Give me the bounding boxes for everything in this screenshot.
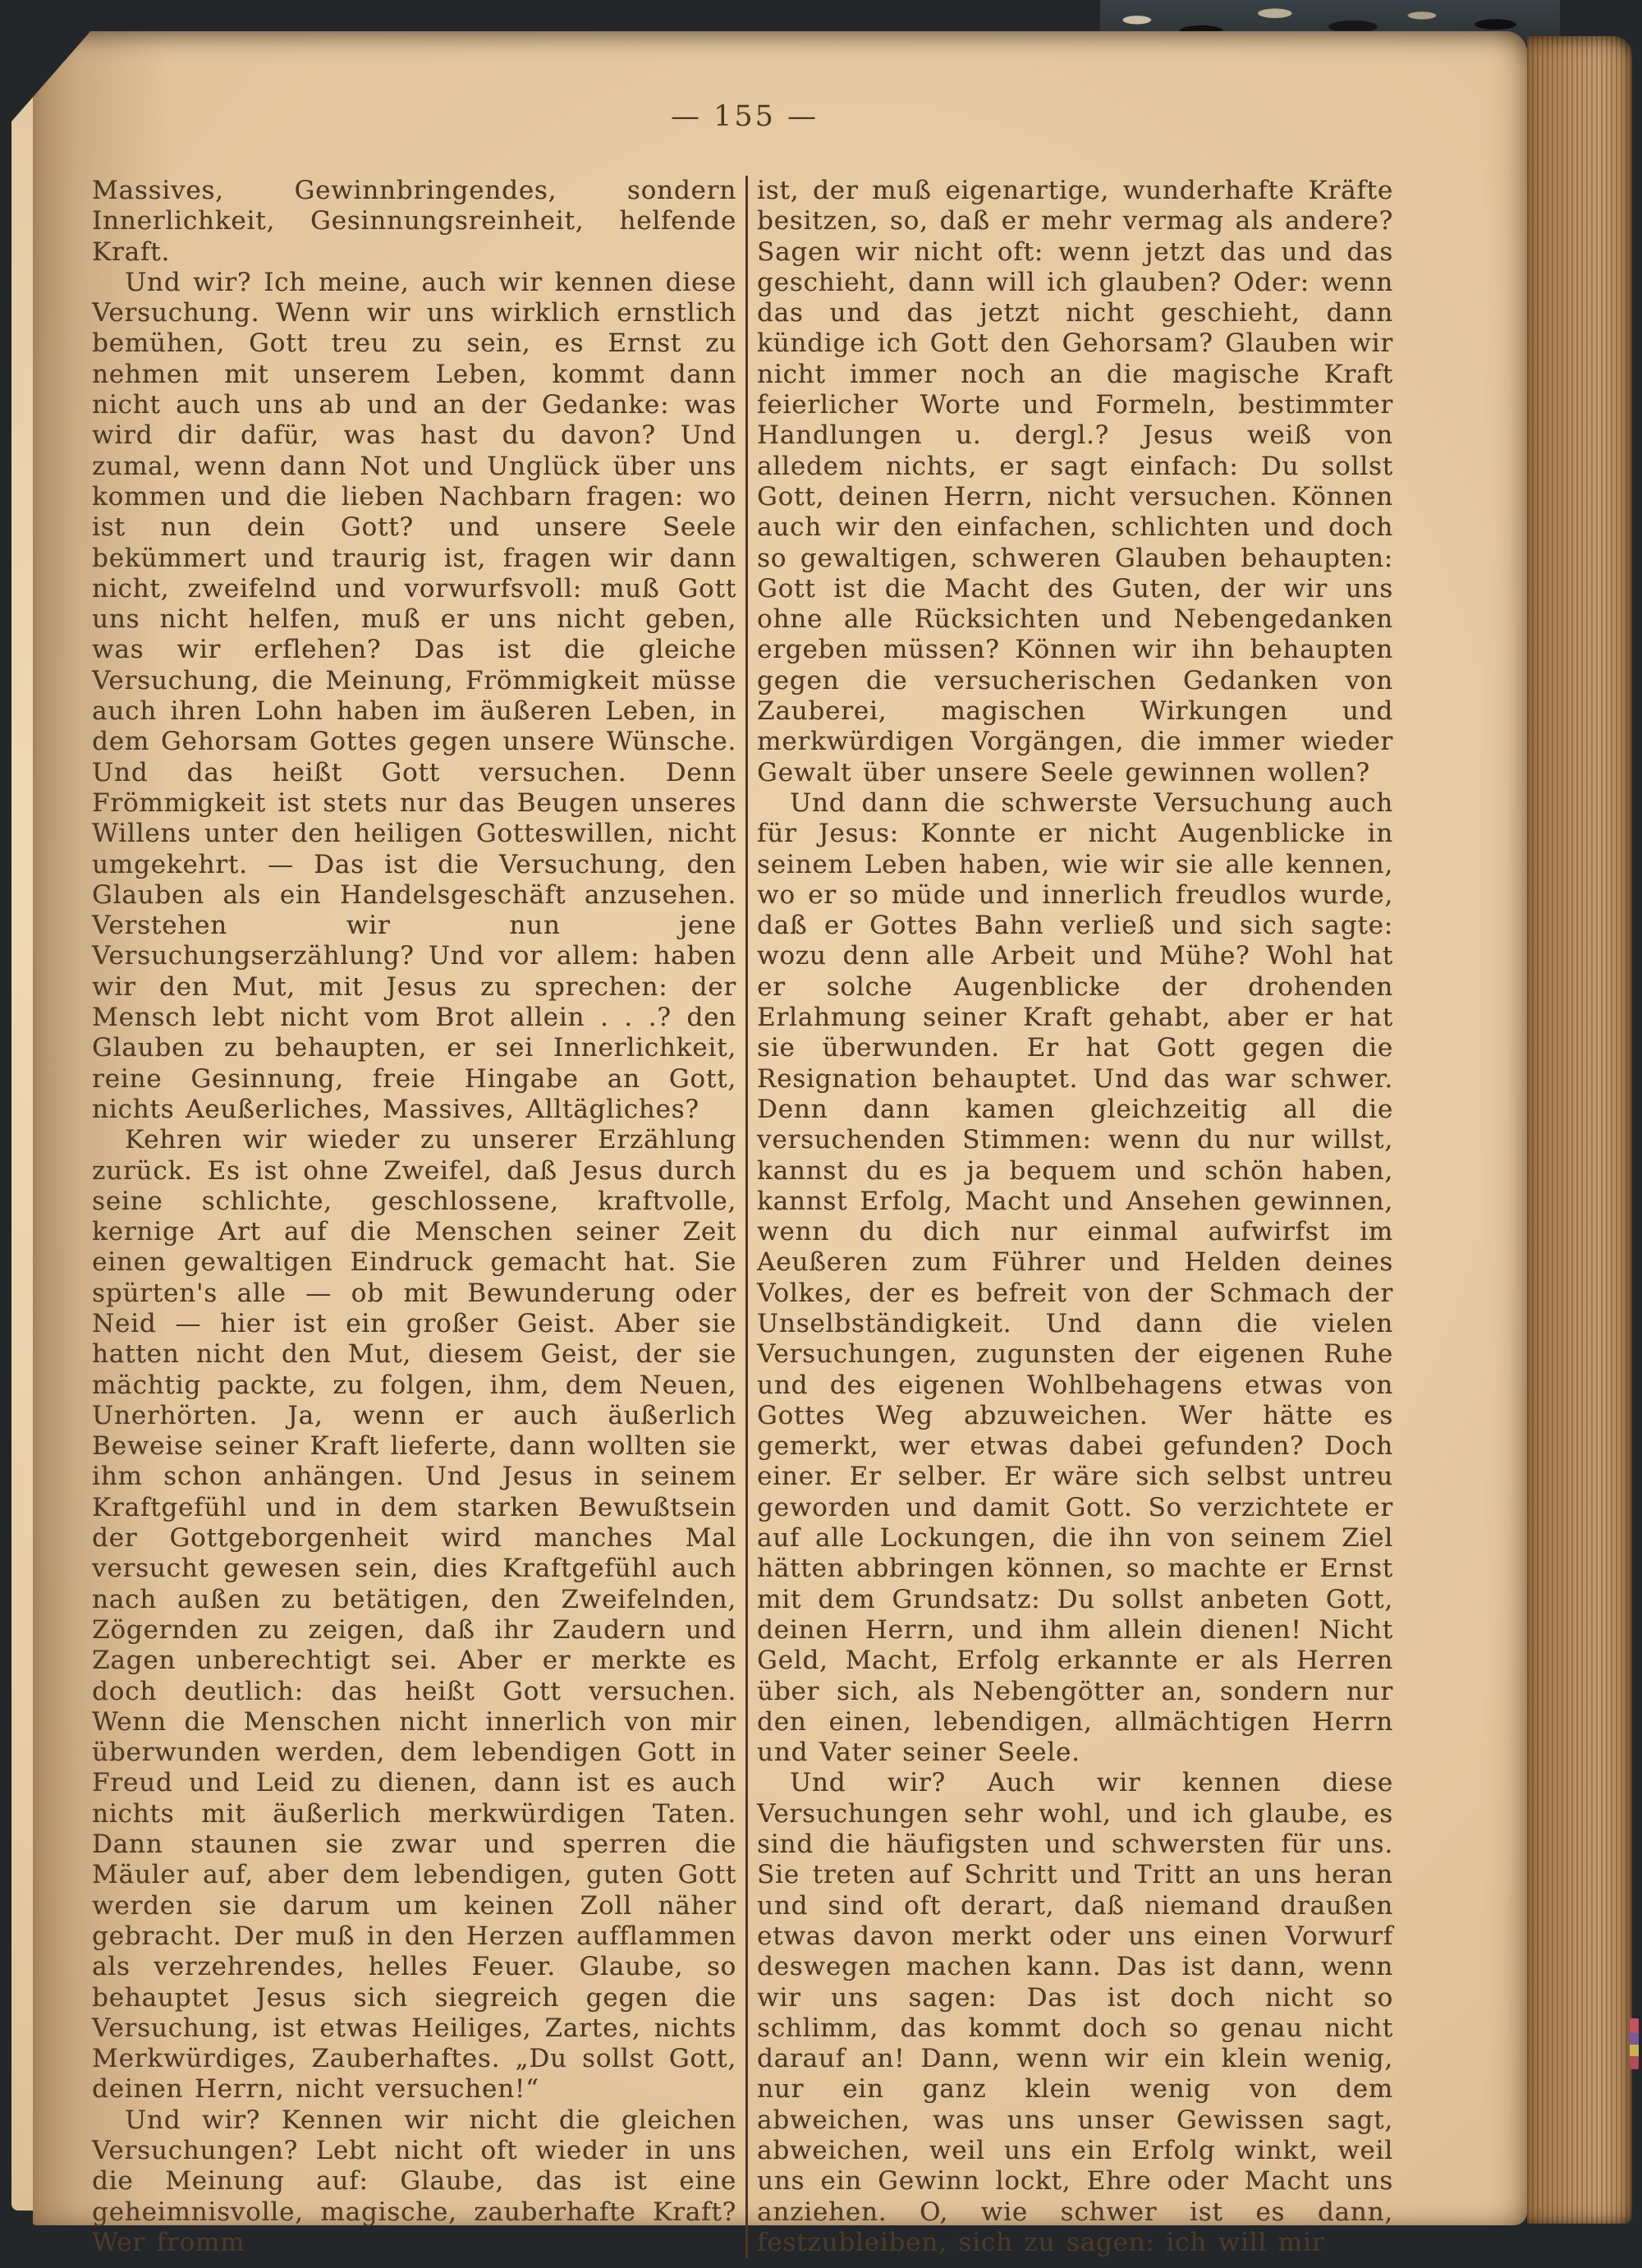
bookmark-ribbon-flecks [1630,2018,1639,2069]
paragraph: Und wir? Kennen wir nicht die gleichen V… [92,2105,736,2258]
text-block: — 155 — Massives, Gewinnbringendes, sond… [92,99,1397,2258]
right-column: ist, der muß eigenartige, wunderhafte Kr… [745,176,1393,2258]
book-scan: { "page": { "header": { "text": "— 155 —… [0,0,1642,2268]
page-number-header: — 155 — [92,99,1397,135]
paragraph: Und wir? Auch wir kennen diese Versuchun… [757,1768,1393,2258]
underlying-page-edge [11,97,33,2211]
paragraph: Und dann die schwerste Versuchung auch f… [757,788,1393,1769]
two-column-layout: Massives, Gewinnbringendes, sondern Inne… [92,176,1397,2258]
paragraph: ist, der muß eigenartige, wunderhafte Kr… [757,176,1393,788]
page-block-fore-edge [1527,36,1632,2224]
paragraph: Massives, Gewinnbringendes, sondern Inne… [92,176,736,268]
paragraph: Und wir? Ich meine, auch wir kennen dies… [92,268,736,1125]
left-column: Massives, Gewinnbringendes, sondern Inne… [92,176,736,2258]
paragraph: Kehren wir wieder zu unserer Erzählung z… [92,1125,736,2105]
